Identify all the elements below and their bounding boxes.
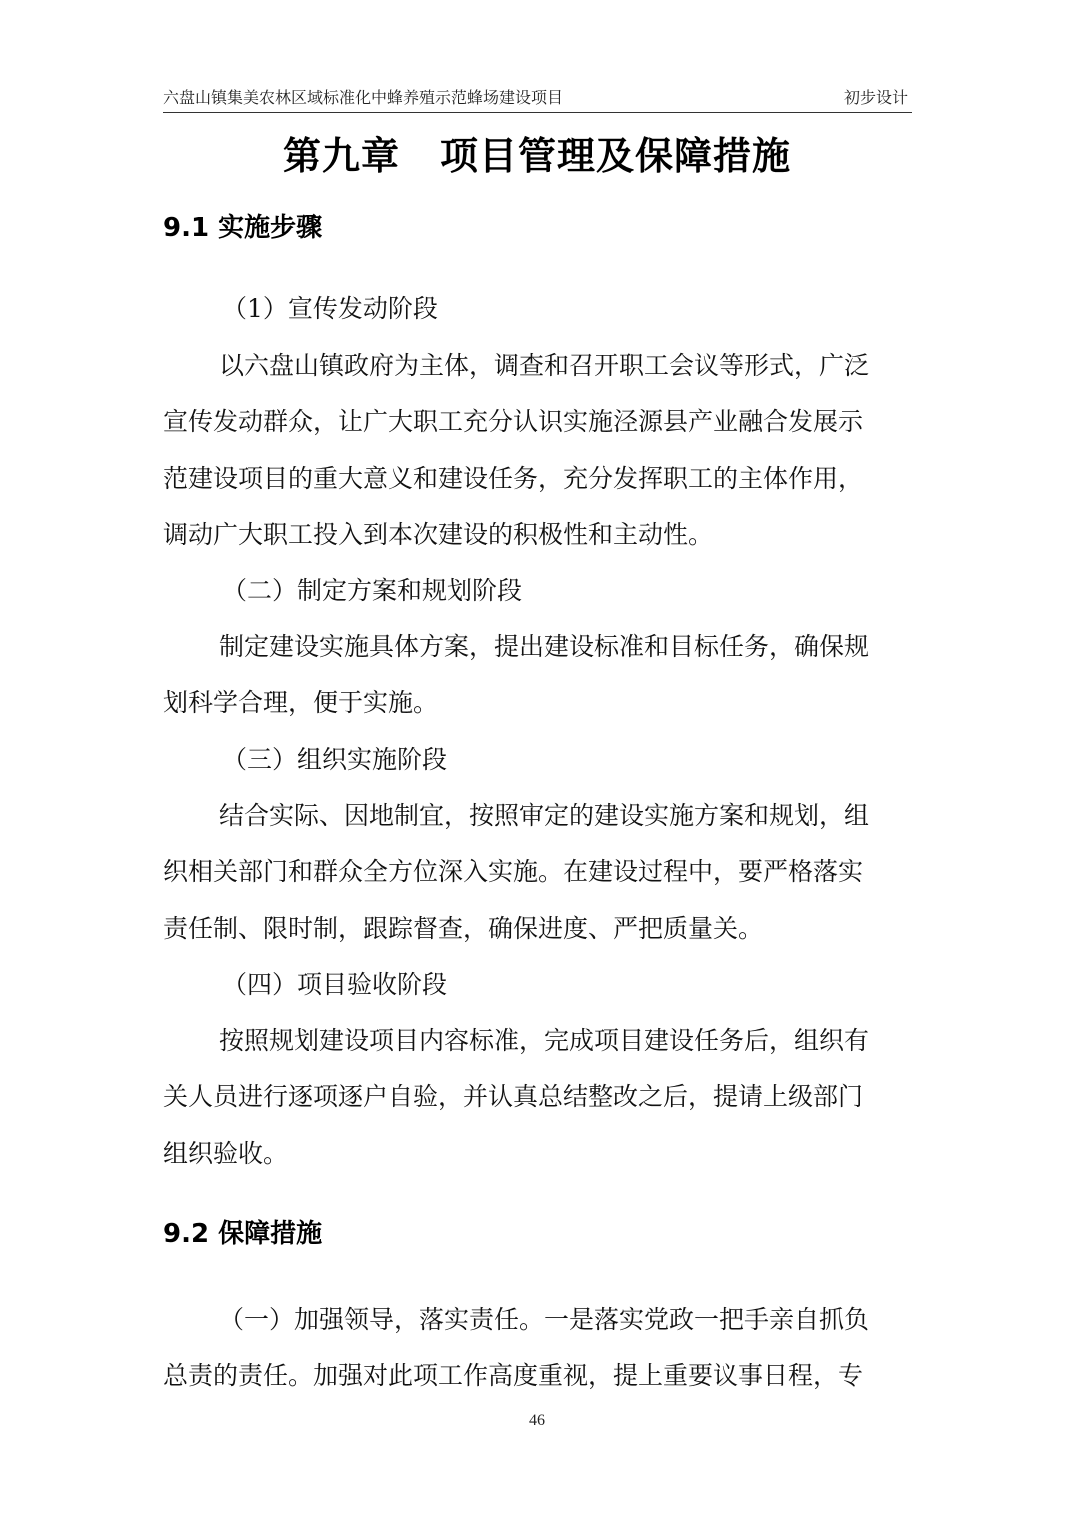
paragraph-leadership: （一）加强领导，落实责任。一是落实党政一把手亲自抓负 总责的责任。加强对此项工作…: [163, 1292, 912, 1405]
paragraph-line: 责任制、限时制，跟踪督查，确保进度、严把质量关。: [163, 901, 912, 957]
section-heading-9-2: 9.2 保障措施: [163, 1214, 322, 1254]
section-heading-9-1: 9.1 实施步骤: [163, 208, 322, 248]
paragraph-publicity: 以六盘山镇政府为主体，调查和召开职工会议等形式，广泛 宣传发动群众，让广大职工充…: [163, 338, 912, 563]
subsection-heading-3: （三）组织实施阶段: [222, 740, 447, 780]
chapter-title: 第九章项目管理及保障措施: [0, 128, 1074, 184]
subsection-heading-1: （1）宣传发动阶段: [222, 289, 438, 329]
header-doc-stage: 初步设计: [844, 86, 908, 110]
paragraph-line: 结合实际、因地制宜，按照审定的建设实施方案和规划，组: [163, 788, 912, 844]
paragraph-acceptance: 按照规划建设项目内容标准，完成项目建设任务后，组织有 关人员进行逐项逐户自验，并…: [163, 1013, 912, 1182]
paragraph-line: 按照规划建设项目内容标准，完成项目建设任务后，组织有: [163, 1013, 912, 1069]
subsection-heading-2: （二）制定方案和规划阶段: [222, 571, 522, 611]
page-header: 六盘山镇集美农林区域标准化中蜂养殖示范蜂场建设项目 初步设计: [163, 86, 912, 113]
chapter-name: 项目管理及保障措施: [440, 134, 791, 178]
paragraph-line: 划科学合理，便于实施。: [163, 675, 912, 731]
paragraph-planning: 制定建设实施具体方案，提出建设标准和目标任务，确保规 划科学合理，便于实施。: [163, 619, 912, 732]
paragraph-line: 宣传发动群众，让广大职工充分认识实施泾源县产业融合发展示: [163, 394, 912, 450]
paragraph-line: 范建设项目的重大意义和建设任务，充分发挥职工的主体作用，: [163, 451, 912, 507]
chapter-number: 第九章: [283, 134, 400, 178]
paragraph-line: 关人员进行逐项逐户自验，并认真总结整改之后，提请上级部门: [163, 1069, 912, 1125]
subsection-heading-4: （四）项目验收阶段: [222, 965, 447, 1005]
paragraph-line: 总责的责任。加强对此项工作高度重视，提上重要议事日程，专: [163, 1348, 912, 1404]
paragraph-line: 织相关部门和群众全方位深入实施。在建设过程中，要严格落实: [163, 844, 912, 900]
page-number: 46: [0, 1412, 1074, 1430]
paragraph-line: 组织验收。: [163, 1126, 912, 1182]
paragraph-line: （一）加强领导，落实责任。一是落实党政一把手亲自抓负: [163, 1292, 912, 1348]
header-project-title: 六盘山镇集美农林区域标准化中蜂养殖示范蜂场建设项目: [163, 86, 563, 110]
paragraph-line: 调动广大职工投入到本次建设的积极性和主动性。: [163, 507, 912, 563]
paragraph-line: 以六盘山镇政府为主体，调查和召开职工会议等形式，广泛: [163, 338, 912, 394]
paragraph-implementation: 结合实际、因地制宜，按照审定的建设实施方案和规划，组 织相关部门和群众全方位深入…: [163, 788, 912, 957]
paragraph-line: 制定建设实施具体方案，提出建设标准和目标任务，确保规: [163, 619, 912, 675]
